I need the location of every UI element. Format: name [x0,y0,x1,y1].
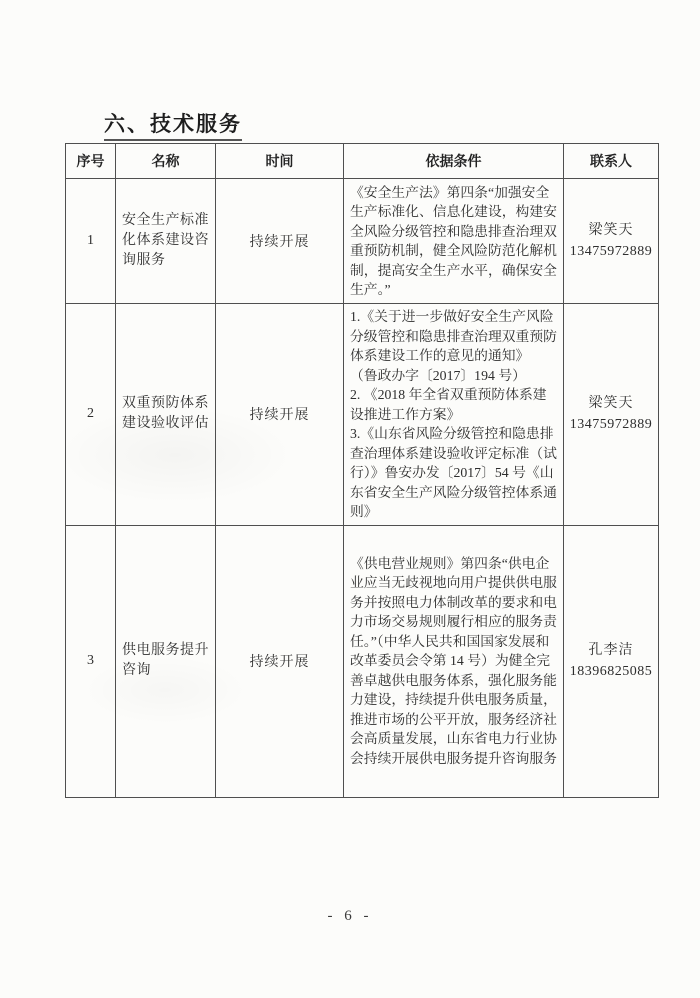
service-name: 双重预防体系建设验收评估 [116,304,216,526]
section-title: 六、技术服务 [104,112,242,141]
header-time: 时间 [216,144,344,179]
service-name: 安全生产标准化体系建设咨询服务 [116,179,216,304]
row-index: 3 [66,525,116,797]
contact-phone: 13475972889 [565,414,657,435]
contact-name: 梁笑天 [565,220,657,241]
row-index: 1 [66,179,116,304]
contact-name: 孔李洁 [565,640,657,661]
contact-phone: 18396825085 [565,661,657,682]
service-time: 持续开展 [216,179,344,304]
technical-services-table: 序号 名称 时间 依据条件 联系人 1 安全生产标准化体系建设咨询服务 持续开展… [65,143,659,798]
service-contact: 梁笑天 13475972889 [564,304,659,526]
header-basis: 依据条件 [344,144,564,179]
service-time: 持续开展 [216,525,344,797]
contact-name: 梁笑天 [565,393,657,414]
service-basis: 《安全生产法》第四条“加强安全生产标准化、信息化建设，构建安全风险分级管控和隐患… [344,179,564,304]
page-number: - 6 - [0,908,700,925]
service-name: 供电服务提升咨询 [116,525,216,797]
service-time: 持续开展 [216,304,344,526]
service-contact: 梁笑天 13475972889 [564,179,659,304]
header-name: 名称 [116,144,216,179]
contact-phone: 13475972889 [565,241,657,262]
table-header-row: 序号 名称 时间 依据条件 联系人 [66,144,659,179]
scanned-document-page: 六、技术服务 序号 名称 时间 依据条件 联系人 1 安全生产标准化体系建设咨询… [0,0,700,998]
header-index: 序号 [66,144,116,179]
service-basis: 1.《关于进一步做好安全生产风险分级管控和隐患排查治理双重预防体系建设工作的意见… [344,304,564,526]
table-row: 3 供电服务提升咨询 持续开展 《供电营业规则》第四条“供电企业应当无歧视地向用… [66,525,659,797]
header-contact: 联系人 [564,144,659,179]
service-contact: 孔李洁 18396825085 [564,525,659,797]
row-index: 2 [66,304,116,526]
table-row: 1 安全生产标准化体系建设咨询服务 持续开展 《安全生产法》第四条“加强安全生产… [66,179,659,304]
service-basis: 《供电营业规则》第四条“供电企业应当无歧视地向用户提供供电服务并按照电力体制改革… [344,525,564,797]
table-row: 2 双重预防体系建设验收评估 持续开展 1.《关于进一步做好安全生产风险分级管控… [66,304,659,526]
